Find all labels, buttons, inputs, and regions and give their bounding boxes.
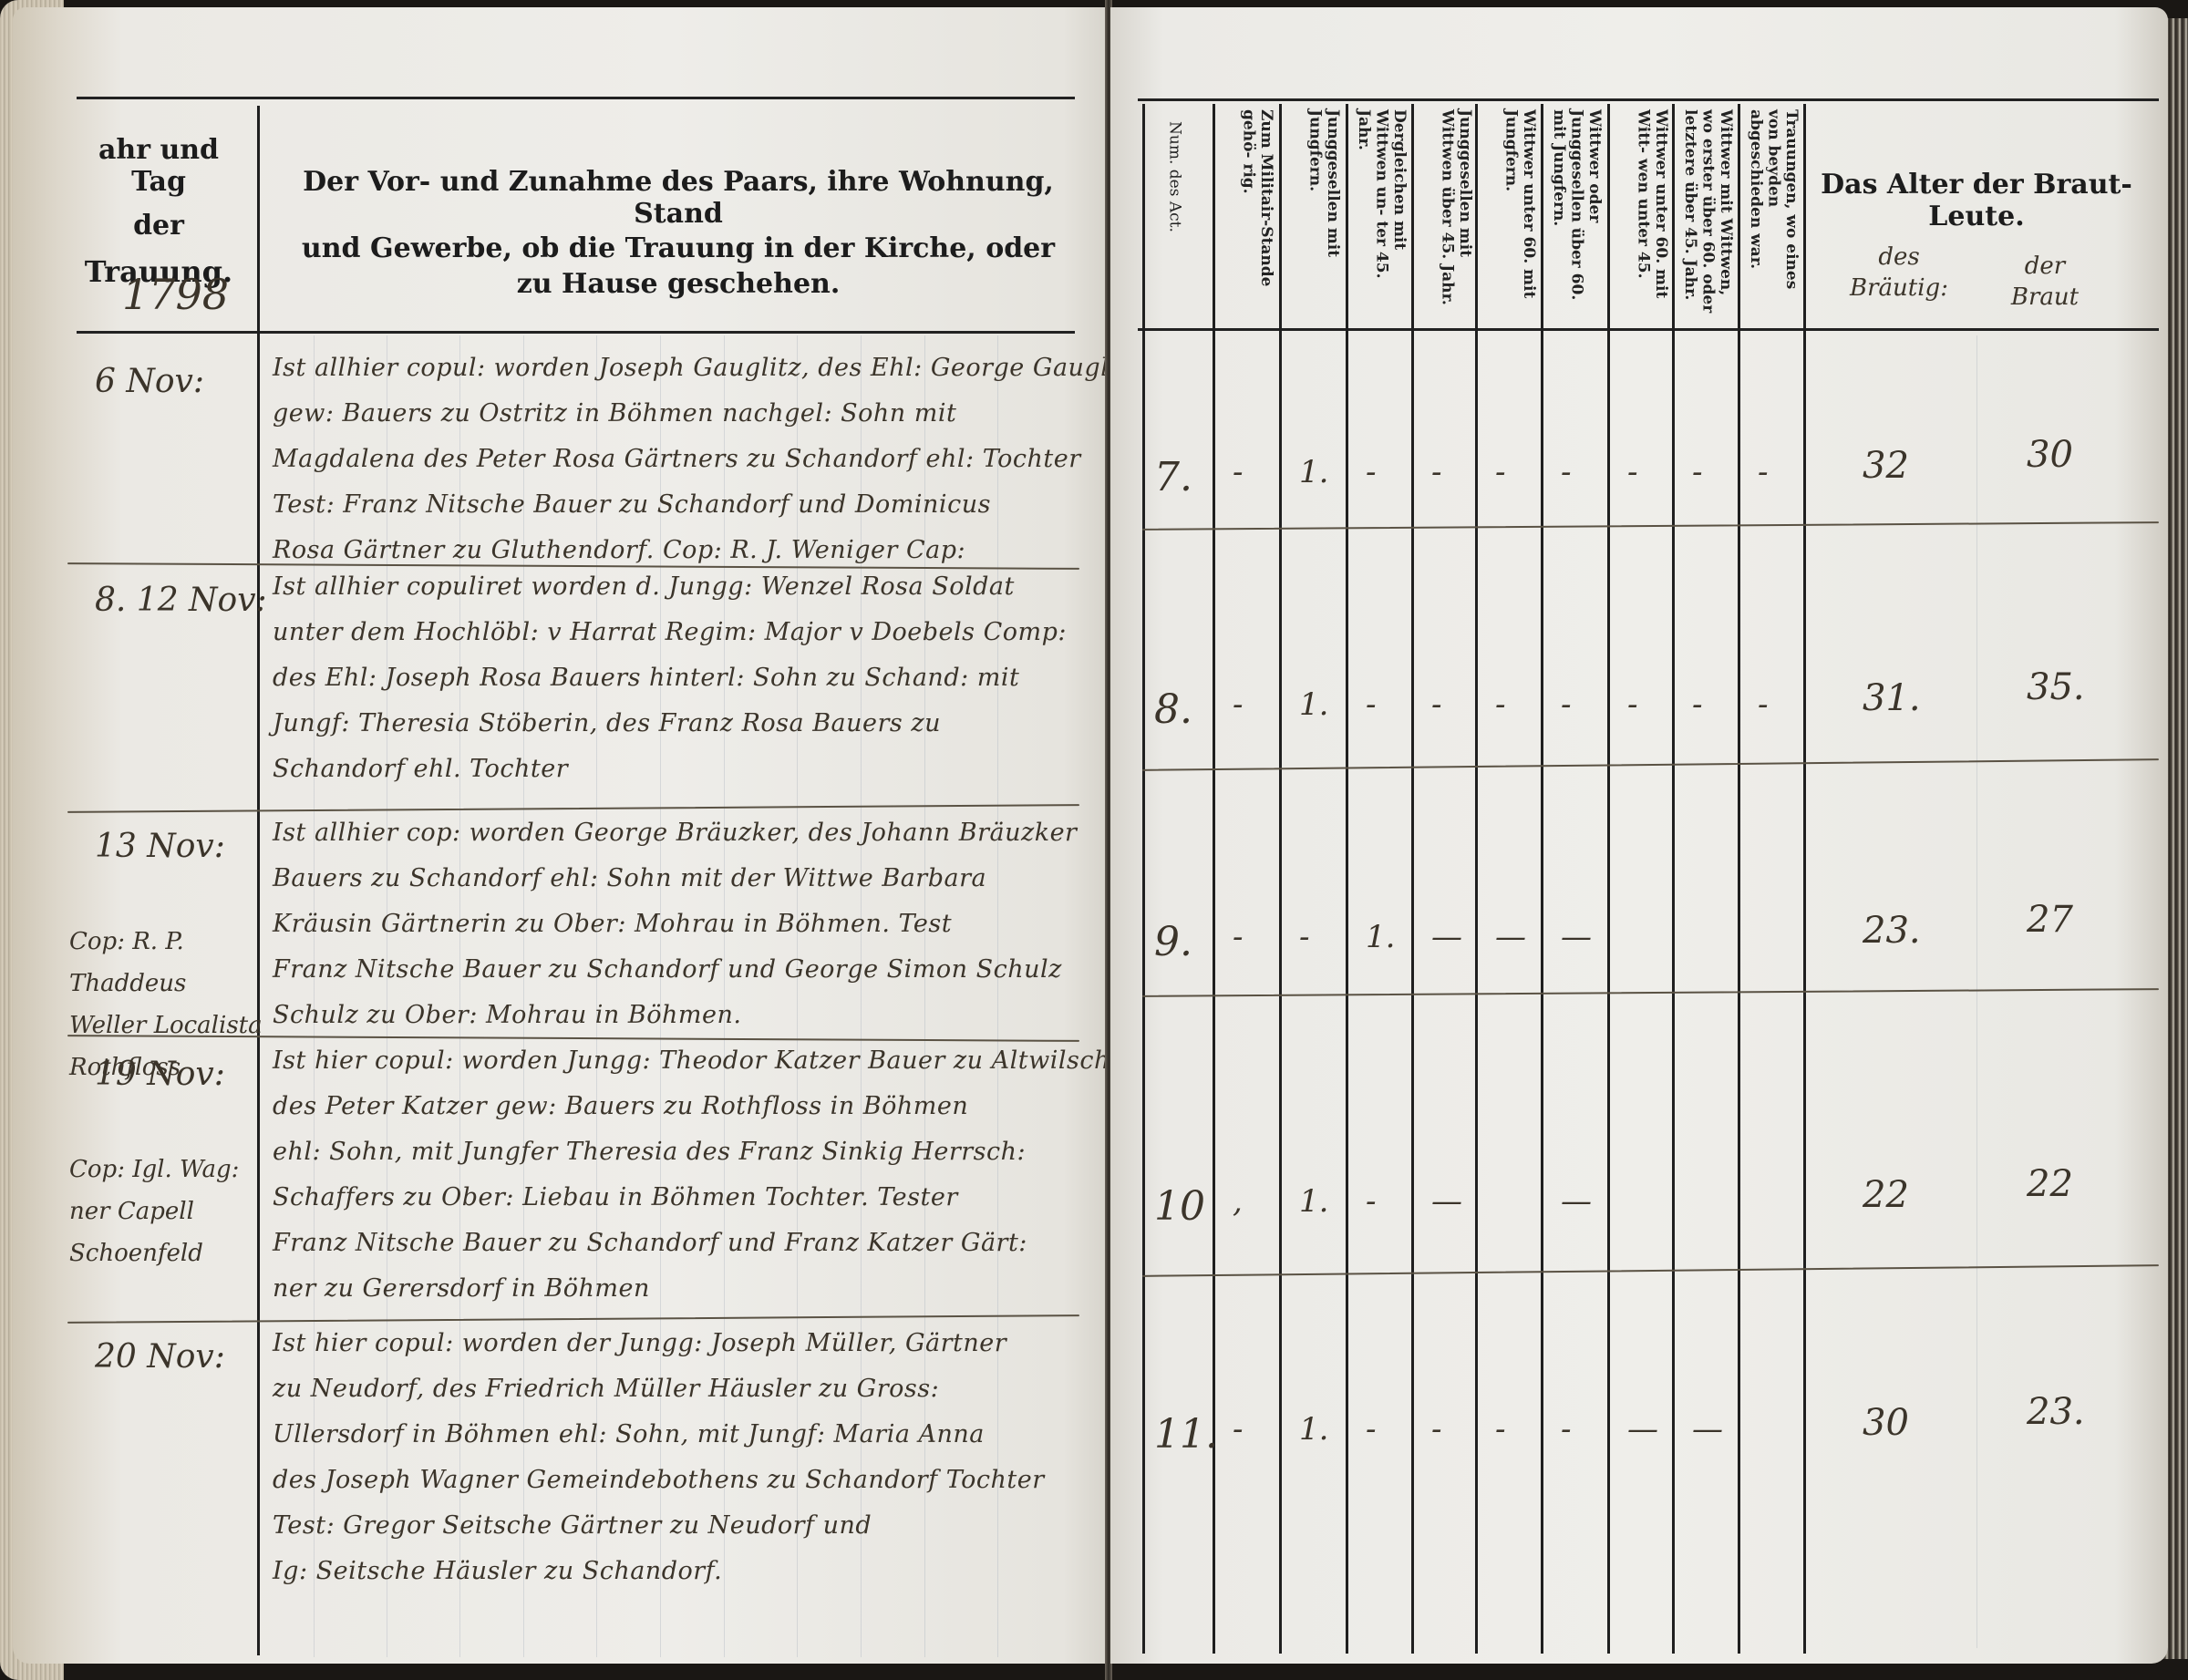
entry-text-line: Ig: Seitsche Häusler zu Schandorf.	[273, 1557, 722, 1585]
column-rule	[1346, 104, 1348, 1654]
column-rule	[1803, 104, 1806, 1654]
tally-cell: -	[1233, 686, 1244, 723]
faint-ruling-line	[523, 335, 524, 1657]
column-rule	[1411, 104, 1414, 1654]
age-title-line1: Das Alter der Braut-	[1803, 170, 2150, 201]
faint-ruling-line	[459, 335, 460, 1657]
row-separator-line	[1142, 988, 2159, 997]
entry-number: 11.	[1154, 1411, 1218, 1458]
column-rule	[1738, 104, 1740, 1654]
faint-ruling-line	[724, 335, 725, 1657]
margin-note-line: Cop: Igl. Wag:	[69, 1156, 239, 1183]
header-bottom-rule	[1138, 328, 2159, 331]
bride-age: 27	[2027, 899, 2073, 941]
tally-cell: -	[1366, 1183, 1377, 1220]
entry-text-line: unter dem Hochlöbl: v Harrat Regim: Majo…	[273, 618, 1067, 646]
groom-age: 31.	[1863, 677, 1921, 719]
faint-ruling-line	[596, 335, 597, 1657]
age-column-divider	[1976, 335, 1977, 1648]
tally-column-header: Dergleichen mit Wittwen un- ter 45. Jahr…	[1357, 109, 1408, 325]
bride-age: 22	[2027, 1163, 2073, 1205]
groom-age: 30	[1863, 1402, 1909, 1444]
tally-cell: -	[1233, 919, 1244, 955]
faint-ruling-line	[797, 335, 798, 1657]
header-bottom-rule	[77, 331, 1075, 334]
tally-cell: -	[1366, 454, 1377, 490]
tally-cell: —	[1561, 1183, 1592, 1220]
tally-column-header: Trauungen, wo eines von beyden abgeschie…	[1749, 109, 1800, 325]
tally-column-header: Wittwer oder Junggesellen über 60. mit J…	[1552, 109, 1603, 325]
num-column-header: Num. des Act.	[1165, 121, 1183, 313]
tally-cell: -	[1561, 1411, 1572, 1448]
tally-column-header: Wittwer unter 60. mit Witt- wen unter 45…	[1618, 109, 1669, 325]
faint-ruling-line	[387, 335, 387, 1657]
tally-cell: -	[1495, 686, 1506, 723]
tally-cell: -	[1758, 686, 1769, 723]
tally-cell: 1.	[1299, 686, 1328, 723]
entry-text-line: gew: Bauers zu Ostritz in Böhmen nachgel…	[273, 399, 956, 428]
entry-text-line: Test: Franz Nitsche Bauer zu Schandorf u…	[273, 490, 991, 519]
right-page: Num. des Act.Zum Militair-Stande gehö- r…	[1110, 7, 2168, 1664]
tally-column-header: Junggesellen mit Jungfern.	[1290, 109, 1341, 325]
entry-text-line: Kräusin Gärtnerin zu Ober: Mohrau in Böh…	[273, 910, 952, 938]
entry-number: 10	[1154, 1183, 1205, 1230]
tally-cell: -	[1561, 454, 1572, 490]
entry-header-line2: und Gewerbe, ob die Trauung in der Kirch…	[277, 233, 1079, 265]
groom-age: 32	[1863, 445, 1909, 487]
row-separator-line	[1142, 1264, 2159, 1277]
date-header-line2: der	[67, 211, 250, 242]
entry-date: 19 Nov:	[95, 1056, 225, 1093]
entry-text-line: Rosa Gärtner zu Gluthendorf. Cop: R. J. …	[273, 536, 965, 564]
entry-text-line: ehl: Sohn, mit Jungfer Theresia des Fran…	[273, 1138, 1026, 1166]
column-rule	[1279, 104, 1282, 1654]
tally-cell: —	[1431, 919, 1462, 955]
entry-date: 8. 12 Nov:	[95, 582, 267, 619]
tally-cell: —	[1495, 919, 1526, 955]
column-rule	[1672, 104, 1675, 1654]
faint-ruling-line	[861, 335, 862, 1657]
entry-date: 6 Nov:	[95, 363, 204, 400]
bride-age-label: der Braut	[1990, 252, 2100, 314]
entry-text-line: Franz Nitsche Bauer zu Schandorf und Geo…	[273, 955, 1062, 984]
tally-cell: 1.	[1299, 1183, 1328, 1220]
margin-note-line: Thaddeus	[69, 970, 186, 997]
tally-cell: -	[1366, 1411, 1377, 1448]
tally-cell: -	[1758, 454, 1769, 490]
margin-note-line: Cop: R. P.	[69, 928, 184, 955]
column-rule	[1607, 104, 1610, 1654]
entry-text-line: Bauers zu Schandorf ehl: Sohn mit der Wi…	[273, 864, 986, 892]
tally-cell: -	[1495, 1411, 1506, 1448]
tally-cell: 1.	[1366, 919, 1395, 955]
row-separator-line	[1142, 758, 2159, 771]
entry-text-line: Ist allhier copuliret worden d. Jungg: W…	[273, 572, 1015, 601]
open-register-book: ahr und Tag der Trauung. 1798 Der Vor- u…	[0, 0, 2188, 1680]
entry-text-line: Schulz zu Ober: Mohrau in Böhmen.	[273, 1001, 741, 1029]
entry-text-line: Schaffers zu Ober: Liebau in Böhmen Toch…	[273, 1183, 958, 1211]
entry-text-line: ner zu Gerersdorf in Böhmen	[273, 1274, 650, 1303]
tally-cell: -	[1692, 454, 1703, 490]
entry-text-line: Jungf: Theresia Stöberin, des Franz Rosa…	[273, 709, 941, 737]
margin-note-line: ner Capell	[69, 1198, 194, 1225]
entry-column-header: Der Vor- und Zunahme des Paars, ihre Woh…	[277, 167, 1079, 300]
tally-cell: -	[1431, 1411, 1442, 1448]
entry-text-line: Ist allhier cop: worden George Bräuzker,…	[273, 819, 1077, 847]
entry-text-line: zu Neudorf, des Friedrich Müller Häusler…	[273, 1375, 939, 1403]
tally-cell: —	[1627, 1411, 1658, 1448]
tally-cell: -	[1627, 686, 1638, 723]
faint-ruling-line	[924, 335, 925, 1657]
faint-ruling-line	[660, 335, 661, 1657]
tally-cell: -	[1561, 686, 1572, 723]
age-title-line2: Leute.	[1803, 201, 2150, 233]
row-separator-line	[1142, 521, 2159, 531]
header-top-rule	[77, 97, 1075, 99]
date-column-header: ahr und Tag der Trauung.	[67, 135, 250, 288]
entry-separator-line	[67, 804, 1079, 813]
tally-cell: -	[1431, 686, 1442, 723]
entry-text-line: Ullersdorf in Böhmen ehl: Sohn, mit Jung…	[273, 1420, 985, 1448]
tally-cell: 1.	[1299, 1411, 1328, 1448]
tally-cell: -	[1233, 1411, 1244, 1448]
year-label: 1798	[122, 270, 229, 319]
entry-text-line: Ist hier copul: worden der Jungg: Joseph…	[273, 1329, 1006, 1357]
tally-column-header: Wittwer unter 60. mit Jungfern.	[1486, 109, 1537, 325]
bride-age: 23.	[2027, 1391, 2085, 1433]
entry-text-line: Franz Nitsche Bauer zu Schandorf und Fra…	[273, 1229, 1027, 1257]
faint-ruling-line	[314, 335, 315, 1657]
tally-cell: -	[1627, 454, 1638, 490]
column-rule	[1142, 104, 1145, 1654]
groom-age-label: des Bräutig:	[1831, 242, 1967, 304]
tally-cell: —	[1561, 919, 1592, 955]
margin-note-line: Schoenfeld	[69, 1240, 203, 1267]
header-top-rule	[1138, 98, 2159, 101]
tally-cell: -	[1495, 454, 1506, 490]
tally-cell: -	[1431, 454, 1442, 490]
entry-separator-line	[67, 1314, 1079, 1324]
entry-text-line: Schandorf ehl. Tochter	[273, 755, 568, 783]
tally-cell: ,	[1233, 1183, 1243, 1220]
entry-text-line: Ist hier copul: worden Jungg: Theodor Ka…	[273, 1046, 1119, 1075]
date-column-divider	[257, 106, 260, 1655]
date-header-line1: ahr und Tag	[67, 135, 250, 198]
tally-column-header: Zum Militair-Stande gehö- rig.	[1223, 109, 1275, 325]
groom-age: 22	[1863, 1174, 1909, 1216]
entry-text-line: Ist allhier copul: worden Joseph Gauglit…	[273, 354, 1141, 382]
entry-date: 20 Nov:	[95, 1338, 225, 1376]
faint-ruling-line	[997, 335, 998, 1657]
tally-cell: —	[1692, 1411, 1723, 1448]
entry-text-line: Test: Gregor Seitsche Gärtner zu Neudorf…	[273, 1511, 872, 1540]
column-rule	[1475, 104, 1478, 1654]
age-column-header: Das Alter der Braut- Leute.	[1803, 170, 2150, 232]
tally-cell: -	[1233, 454, 1244, 490]
entry-text-line: des Joseph Wagner Gemeindebothens zu Sch…	[273, 1466, 1045, 1494]
bride-age: 35.	[2027, 666, 2085, 708]
entry-text-line: des Peter Katzer gew: Bauers zu Rothflos…	[273, 1092, 968, 1120]
tally-column-header: Junggesellen mit Wittwen über 45. Jahr.	[1422, 109, 1473, 325]
left-page: ahr und Tag der Trauung. 1798 Der Vor- u…	[13, 7, 1107, 1664]
column-rule	[1541, 104, 1543, 1654]
groom-age: 23.	[1863, 910, 1921, 952]
tally-column-header: Wittwer mit Wittwen, wo erster über 60. …	[1683, 109, 1734, 325]
tally-cell: -	[1366, 686, 1377, 723]
entry-text-line: Magdalena des Peter Rosa Gärtners zu Sch…	[273, 445, 1081, 473]
entry-header-line1: Der Vor- und Zunahme des Paars, ihre Woh…	[277, 167, 1079, 230]
tally-cell: -	[1299, 919, 1310, 955]
tally-cell: -	[1692, 686, 1703, 723]
bride-age: 30	[2027, 434, 2073, 476]
tally-cell: 1.	[1299, 454, 1328, 490]
entry-number: 8.	[1154, 686, 1192, 733]
tally-cell: —	[1431, 1183, 1462, 1220]
entry-text-line: des Ehl: Joseph Rosa Bauers hinterl: Soh…	[273, 664, 1019, 692]
entry-date: 13 Nov:	[95, 828, 225, 865]
entry-number: 9.	[1154, 919, 1192, 965]
entry-header-line3: zu Hause geschehen.	[277, 269, 1079, 301]
entry-number: 7.	[1154, 454, 1192, 500]
